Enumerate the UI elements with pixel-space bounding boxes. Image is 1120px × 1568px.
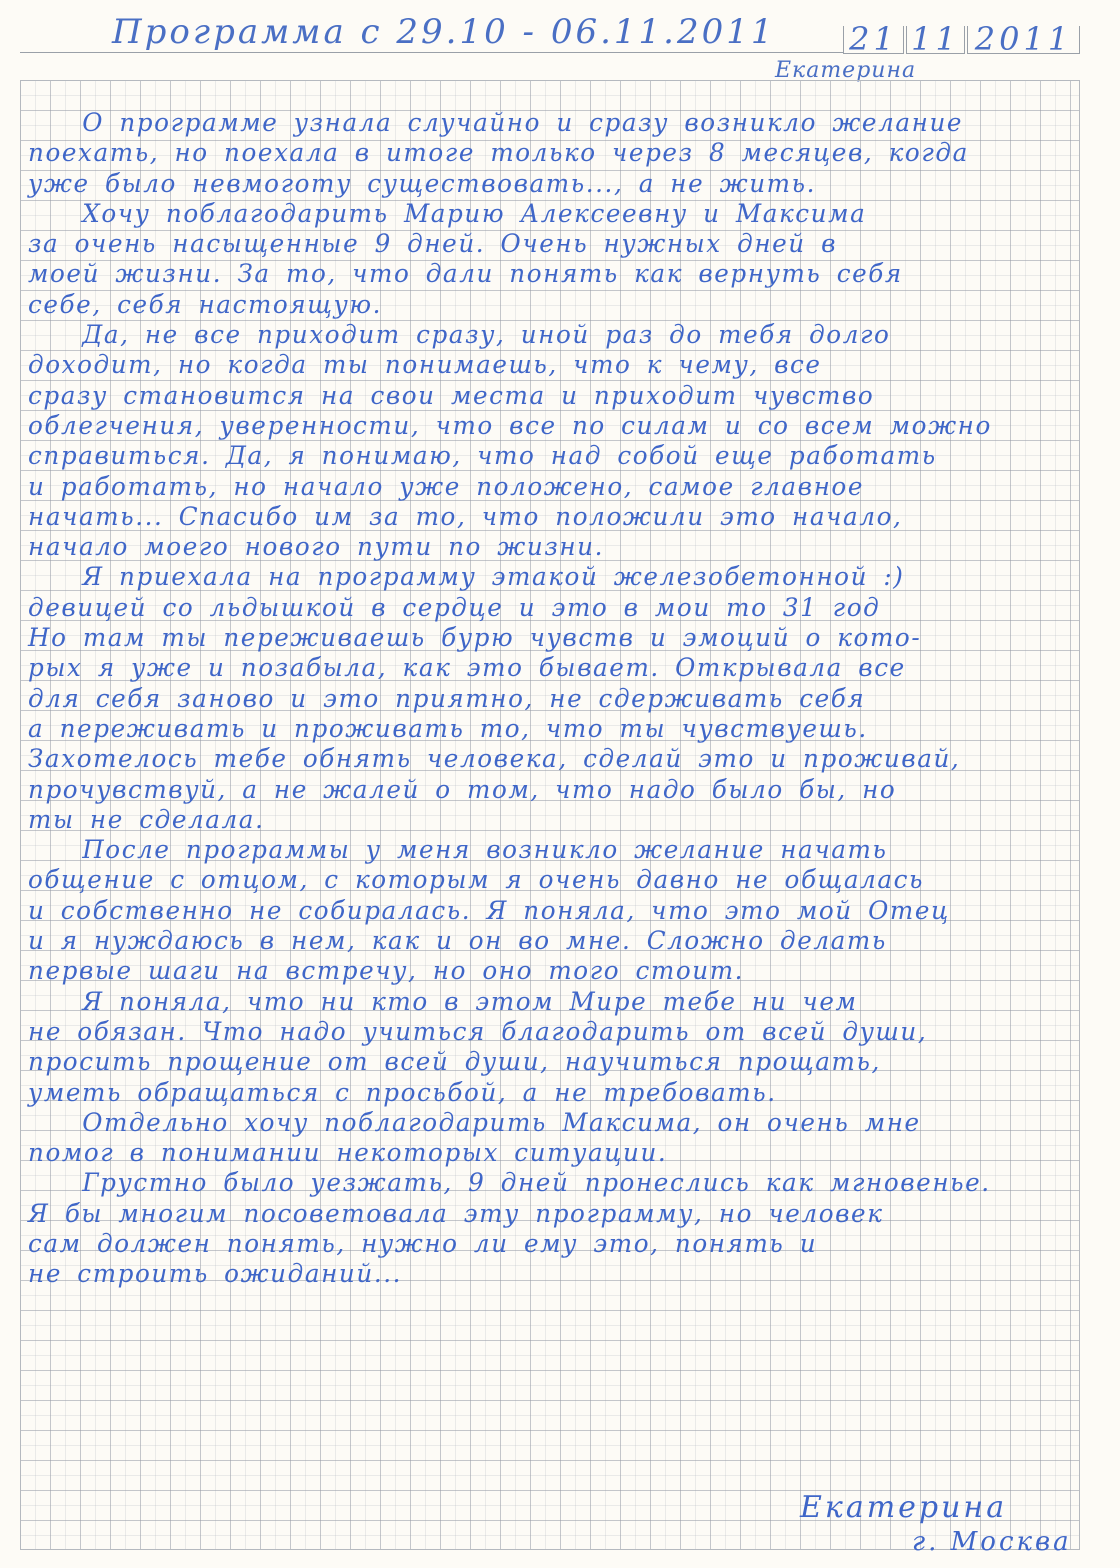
text-line: помог в понимании некоторых ситуации. (28, 1138, 1073, 1168)
text-line: Отдельно хочу поблагодарить Максима, он … (28, 1108, 1073, 1138)
text-line: Я бы многим посоветовала эту программу, … (28, 1199, 1073, 1229)
text-line: начало моего нового пути по жизни. (28, 532, 1073, 562)
text-line: Да, не все приходит сразу, иной раз до т… (28, 320, 1073, 350)
text-line: не обязан. Что надо учиться благодарить … (28, 1017, 1073, 1047)
program-title: Программа с 29.10 - 06.11.2011 (112, 12, 776, 52)
text-line: О программе узнала случайно и сразу возн… (28, 108, 1073, 138)
text-line: первые шаги на встречу, но оно того стои… (28, 956, 1073, 986)
date-month-field: 11 (906, 26, 965, 54)
text-line: доходит, но когда ты понимаешь, что к че… (28, 350, 1073, 380)
text-line: а переживать и проживать то, что ты чувс… (28, 714, 1073, 744)
text-line: облегчения, уверенности, что все по сила… (28, 411, 1073, 441)
text-line: девицей со льдышкой в сердце и это в мои… (28, 593, 1073, 623)
text-line: и я нуждаюсь в нем, как и он во мне. Сло… (28, 926, 1073, 956)
text-line: прочувствуй, а не жалей о том, что надо … (28, 775, 1073, 805)
text-line: и собственно не собиралась. Я поняла, чт… (28, 896, 1073, 926)
text-line: После программы у меня возникло желание … (28, 835, 1073, 865)
text-line: сразу становится на свои места и приходи… (28, 381, 1073, 411)
date-day-field: 21 (843, 26, 904, 54)
text-line: уже было невмоготу существовать..., а не… (28, 169, 1073, 199)
text-line: за очень насыщенные 9 дней. Очень нужных… (28, 229, 1073, 259)
text-line: просить прощение от всей души, научиться… (28, 1047, 1073, 1077)
text-line: ты не сделала. (28, 805, 1073, 835)
text-line: справиться. Да, я понимаю, что над собой… (28, 441, 1073, 471)
text-line: моей жизни. За то, что дали понять как в… (28, 259, 1073, 289)
date-year-field: 2011 (967, 26, 1080, 54)
text-line: не строить ожиданий... (28, 1259, 1073, 1289)
text-line: Я приехала на программу этакой железобет… (28, 562, 1073, 592)
text-line: поехать, но поехала в итоге только через… (28, 138, 1073, 168)
text-line: Грустно было уезжать, 9 дней пронеслись … (28, 1168, 1073, 1198)
text-line: уметь обращаться с просьбой, а не требов… (28, 1078, 1073, 1108)
text-line: сам должен понять, нужно ли ему это, пон… (28, 1229, 1073, 1259)
text-line: Но там ты переживаешь бурю чувств и эмоц… (28, 623, 1073, 653)
header-underline (20, 52, 844, 53)
signature-city: г. Москва (800, 1527, 1072, 1557)
text-line: и работать, но начало уже положено, само… (28, 472, 1073, 502)
letter-page: Программа с 29.10 - 06.11.2011 21 11 201… (0, 0, 1120, 1568)
text-line: Хочу поблагодарить Марию Алексеевну и Ма… (28, 199, 1073, 229)
text-line: Захотелось тебе обнять человека, сделай … (28, 744, 1073, 774)
text-line: общение с отцом, с которым я очень давно… (28, 865, 1073, 895)
text-line: рых я уже и позабыла, как это бывает. От… (28, 653, 1073, 683)
text-line: для себя заново и это приятно, не сдержи… (28, 684, 1073, 714)
signature-block: Екатерина г. Москва (800, 1490, 1072, 1557)
text-line: себе, себя настоящую. (28, 290, 1073, 320)
letter-body: О программе узнала случайно и сразу возн… (28, 108, 1088, 1290)
text-line: начать... Спасибо им за то, что положили… (28, 502, 1073, 532)
signature-name: Екатерина (800, 1490, 1072, 1525)
text-line: Я поняла, что ни кто в этом Мире тебе ни… (28, 987, 1073, 1017)
